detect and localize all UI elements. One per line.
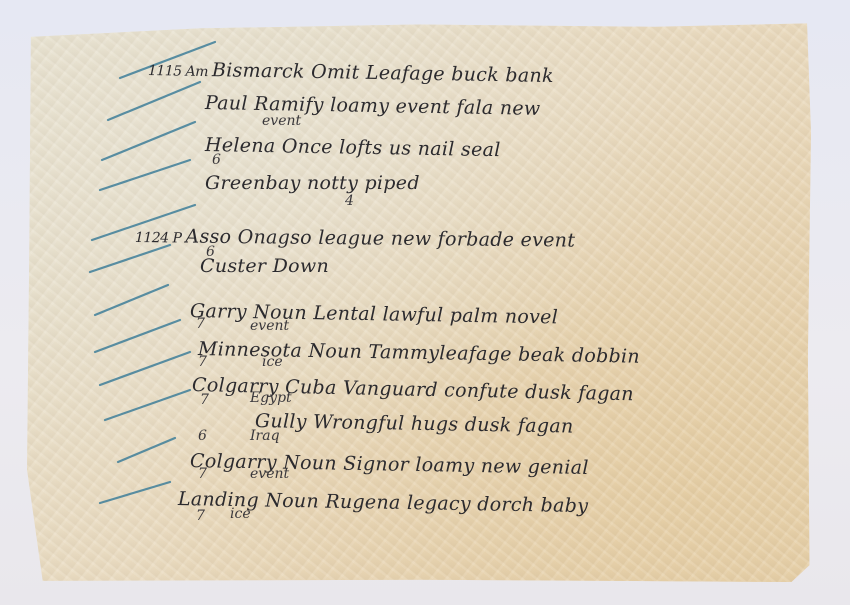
checkmark-icon: [108, 82, 200, 120]
sub-note: event: [262, 113, 301, 129]
checkmark-icon: [90, 245, 170, 272]
line-number: 7: [198, 466, 207, 482]
sub-note: Egypt: [250, 390, 292, 406]
checkmark-icon: [102, 122, 195, 160]
checkmark-icon: [118, 438, 175, 462]
checkmark-icon: [95, 285, 168, 315]
line-6: Custer Down: [200, 255, 329, 277]
line-4: Greenbay notty piped: [205, 172, 420, 194]
checkmark-icon: [100, 352, 190, 385]
checkmark-icon: [100, 482, 170, 503]
line-number: 7: [200, 392, 209, 408]
sub-note: event: [250, 466, 289, 482]
line-mark: 4: [345, 193, 354, 209]
line-number: 7: [196, 508, 205, 524]
line-number: 7: [196, 316, 205, 332]
checkmark-icon: [95, 320, 180, 352]
sub-note: ice: [230, 506, 251, 522]
sub-note: event: [250, 318, 289, 334]
line-number: 6: [212, 152, 221, 168]
timestamp: 1124 P: [135, 230, 182, 246]
sub-note: Iraq: [250, 428, 280, 444]
timestamp: 1115 Am: [148, 63, 208, 80]
checkmark-icon: [105, 390, 190, 420]
line-number: 7: [198, 354, 207, 370]
line-number: 6: [198, 428, 207, 444]
sub-note: ice: [262, 354, 283, 370]
line-5: 1124 PAsso Onagso league new forbade eve…: [135, 225, 575, 252]
checkmark-icon: [100, 160, 190, 190]
